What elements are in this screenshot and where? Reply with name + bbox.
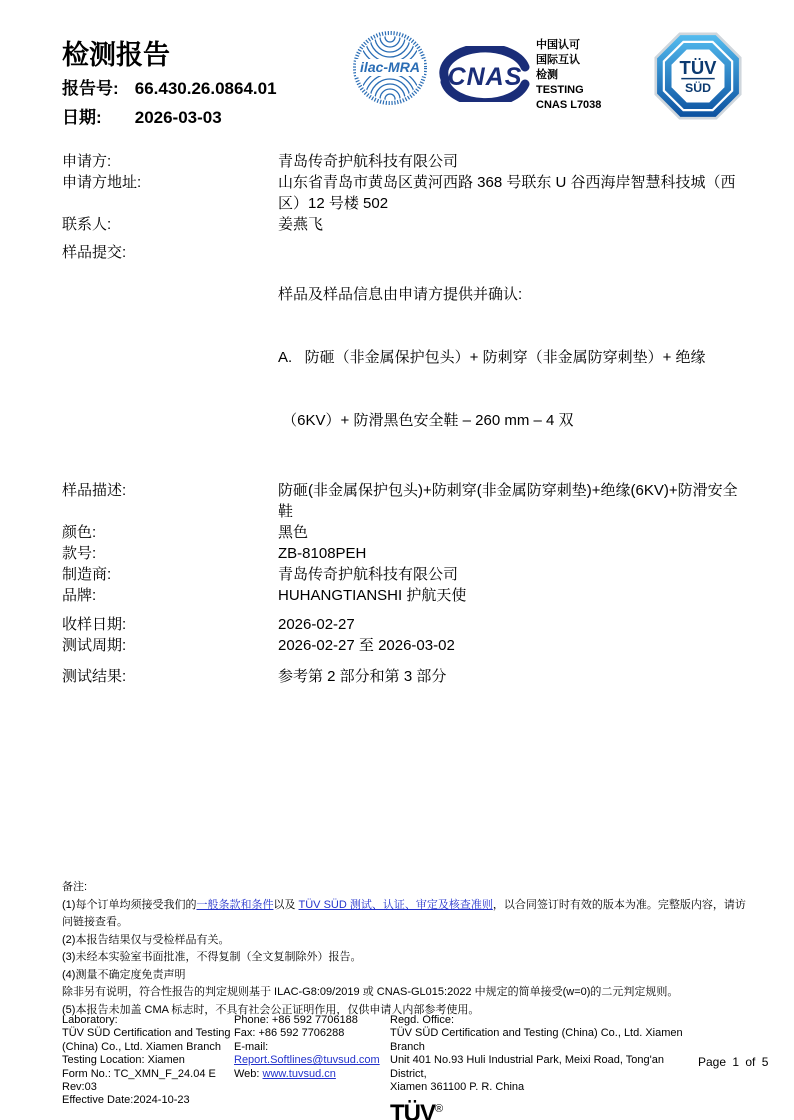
tuv-wordmark-text: TÜV	[390, 1100, 435, 1120]
laboratory-line: Effective Date:2024-10-23	[62, 1094, 234, 1107]
info-row-applicant: 申请方: 青岛传奇护航科技有限公司	[62, 151, 740, 172]
info-row-sample-received-date: 收样日期: 2026-02-27	[62, 614, 740, 635]
field-value: 参考第 2 部分和第 3 部分	[278, 666, 740, 687]
field-label: 申请方:	[62, 151, 278, 172]
report-date-value: 2026-03-03	[135, 108, 222, 127]
footer-web-link[interactable]: www.tuvsud.cn	[263, 1068, 336, 1080]
info-row-style-no: 款号: ZB-8108PEH	[62, 543, 740, 564]
field-label: 样品提交:	[62, 242, 278, 473]
info-row-testing-period: 测试周期: 2026-02-27 至 2026-03-02	[62, 635, 740, 656]
field-label: 颜色:	[62, 522, 278, 543]
sample-submission-line: （6KV）+ 防滑黑色安全鞋 – 260 mm – 4 双	[278, 410, 740, 431]
info-row-color: 颜色: 黑色	[62, 522, 740, 543]
info-row-manufacturer: 制造商: 青岛传奇护航科技有限公司	[62, 564, 740, 585]
footer-email-link[interactable]: Report.Softlines@tuvsud.com	[234, 1054, 380, 1066]
info-row-test-result: 测试结果: 参考第 2 部分和第 3 部分	[62, 666, 740, 687]
report-number-label: 报告号:	[62, 74, 130, 99]
regd-office-line: Branch	[390, 1041, 686, 1054]
regd-office-line: Regd. Office:	[390, 1014, 686, 1027]
laboratory-line: (China) Co., Ltd. Xiamen Branch	[62, 1041, 234, 1054]
regd-office-line: Xiamen 361100 P. R. China	[390, 1081, 686, 1094]
field-label: 联系人:	[62, 214, 278, 235]
field-value: 青岛传奇护航科技有限公司	[278, 564, 740, 585]
cnas-logo-icon: CNAS	[438, 46, 532, 107]
field-label: 申请方地址:	[62, 172, 278, 214]
field-value: 青岛传奇护航科技有限公司	[278, 151, 740, 172]
remark-item-3: (3)未经本实验室书面批准，不得复制（全文复制除外）报告。	[62, 949, 748, 967]
accreditation-line: 检测	[536, 68, 601, 83]
footer-laboratory-column: Laboratory: TÜV SÜD Certification and Te…	[62, 1014, 234, 1108]
page-number: Page 1 of 5	[698, 1056, 768, 1069]
field-value: 山东省青岛市黄岛区黄河西路 368 号联东 U 谷西海岸智慧科技城（西区）12 …	[278, 172, 740, 214]
report-date-label: 日期:	[62, 103, 130, 128]
field-label: 收样日期:	[62, 614, 278, 635]
remark-1-text: 以及	[273, 899, 298, 911]
accreditation-line: 中国认可	[536, 38, 601, 53]
terms-and-conditions-link[interactable]: 一般条款和条件	[196, 899, 273, 911]
remark-item-1: (1)每个订单均须接受我们的一般条款和条件以及 TÜV SÜD 测试、认证、审定…	[62, 897, 748, 932]
report-info-section: 申请方: 青岛传奇护航科技有限公司 申请方地址: 山东省青岛市黄岛区黄河西路 3…	[62, 151, 740, 687]
registered-trademark-symbol: ®	[435, 1103, 443, 1115]
field-label: 款号:	[62, 543, 278, 564]
sample-submission-line: 样品及样品信息由申请方提供并确认:	[278, 284, 740, 305]
field-value: 防砸(非金属保护包头)+防刺穿(非金属防穿刺垫)+绝缘(6KV)+防滑安全鞋	[278, 480, 740, 522]
field-value: 样品及样品信息由申请方提供并确认: A. 防砸（非金属保护包头）+ 防刺穿（非金…	[278, 242, 740, 473]
regd-office-line: TÜV SÜD Certification and Testing (China…	[390, 1027, 686, 1040]
field-value: 2026-02-27 至 2026-03-02	[278, 635, 740, 656]
ilac-mra-logo-text: ilac-MRA	[360, 59, 420, 75]
regd-office-line: Unit 401 No.93 Huli Industrial Park, Mei…	[390, 1054, 686, 1081]
footer-email-label: E-mail:	[234, 1041, 392, 1054]
info-row-sample-description: 样品描述: 防砸(非金属保护包头)+防刺穿(非金属防穿刺垫)+绝缘(6KV)+防…	[62, 480, 740, 522]
footer-phone: Phone: +86 592 7706188	[234, 1014, 392, 1027]
field-label: 制造商:	[62, 564, 278, 585]
field-value: HUHANGTIANSHI 护航天使	[278, 585, 740, 606]
accreditation-text-block: 中国认可 国际互认 检测 TESTING CNAS L7038	[536, 38, 601, 113]
field-value: 姜燕飞	[278, 214, 740, 235]
remarks-title: 备注:	[62, 879, 748, 897]
laboratory-line: TÜV SÜD Certification and Testing	[62, 1027, 234, 1040]
laboratory-line: Testing Location: Xiamen	[62, 1054, 234, 1067]
tuv-logo-text-bottom: SÜD	[685, 80, 711, 95]
remarks-section: 备注: (1)每个订单均须接受我们的一般条款和条件以及 TÜV SÜD 测试、认…	[62, 879, 748, 1019]
field-value: ZB-8108PEH	[278, 543, 740, 564]
accreditation-line: CNAS L7038	[536, 98, 601, 113]
accreditation-line: TESTING	[536, 83, 601, 98]
footer-regd-office-column: Regd. Office: TÜV SÜD Certification and …	[390, 1014, 686, 1120]
remark-item-4: (4)测量不确定度免责声明	[62, 967, 748, 985]
report-number-value: 66.430.26.0864.01	[135, 79, 277, 98]
laboratory-line: Laboratory:	[62, 1014, 234, 1027]
info-row-contact-person: 联系人: 姜燕飞	[62, 214, 740, 235]
remark-item-2: (2)本报告结果仅与受检样品有关。	[62, 932, 748, 950]
ilac-mra-logo-icon: ilac-MRA	[352, 30, 428, 111]
footer-fax: Fax: +86 592 7706288	[234, 1027, 392, 1040]
tuv-sud-logo-icon: TÜV SÜD	[654, 32, 742, 125]
footer-contact-column: Phone: +86 592 7706188 Fax: +86 592 7706…	[234, 1014, 392, 1081]
footer-web-label: Web:	[234, 1068, 263, 1080]
field-label: 测试结果:	[62, 666, 278, 687]
tuv-wordmark-icon: TÜV®	[390, 1097, 686, 1120]
report-number-row: 报告号: 66.430.26.0864.01	[62, 74, 277, 99]
info-row-applicant-address: 申请方地址: 山东省青岛市黄岛区黄河西路 368 号联东 U 谷西海岸智慧科技城…	[62, 172, 740, 214]
info-row-brand: 品牌: HUHANGTIANSHI 护航天使	[62, 585, 740, 606]
laboratory-line: Rev:03	[62, 1081, 234, 1094]
report-date-row: 日期: 2026-03-03	[62, 103, 222, 128]
test-report-page: 检测报告 报告号: 66.430.26.0864.01 日期: 2026-03-…	[0, 0, 794, 1120]
cnas-logo-text: CNAS	[448, 63, 523, 91]
field-value: 黑色	[278, 522, 740, 543]
page-title: 检测报告	[62, 33, 170, 72]
accreditation-line: 国际互认	[536, 53, 601, 68]
testing-certification-rules-link[interactable]: TÜV SÜD 测试、认证、审定及核查准则	[299, 899, 493, 911]
field-label: 测试周期:	[62, 635, 278, 656]
field-value: 2026-02-27	[278, 614, 740, 635]
laboratory-line: Form No.: TC_XMN_F_24.04 E	[62, 1068, 234, 1081]
remark-item-4b: 除非另有说明，符合性报告的判定规则基于 ILAC-G8:09/2019 或 CN…	[62, 984, 748, 1002]
info-row-sample-submission: 样品提交: 样品及样品信息由申请方提供并确认: A. 防砸（非金属保护包头）+ …	[62, 242, 740, 473]
field-label: 品牌:	[62, 585, 278, 606]
remark-1-text: (1)每个订单均须接受我们的	[62, 899, 196, 911]
sample-submission-line: A. 防砸（非金属保护包头）+ 防刺穿（非金属防穿刺垫）+ 绝缘	[278, 347, 740, 368]
tuv-logo-text-top: TÜV	[680, 57, 718, 78]
field-label: 样品描述:	[62, 480, 278, 522]
